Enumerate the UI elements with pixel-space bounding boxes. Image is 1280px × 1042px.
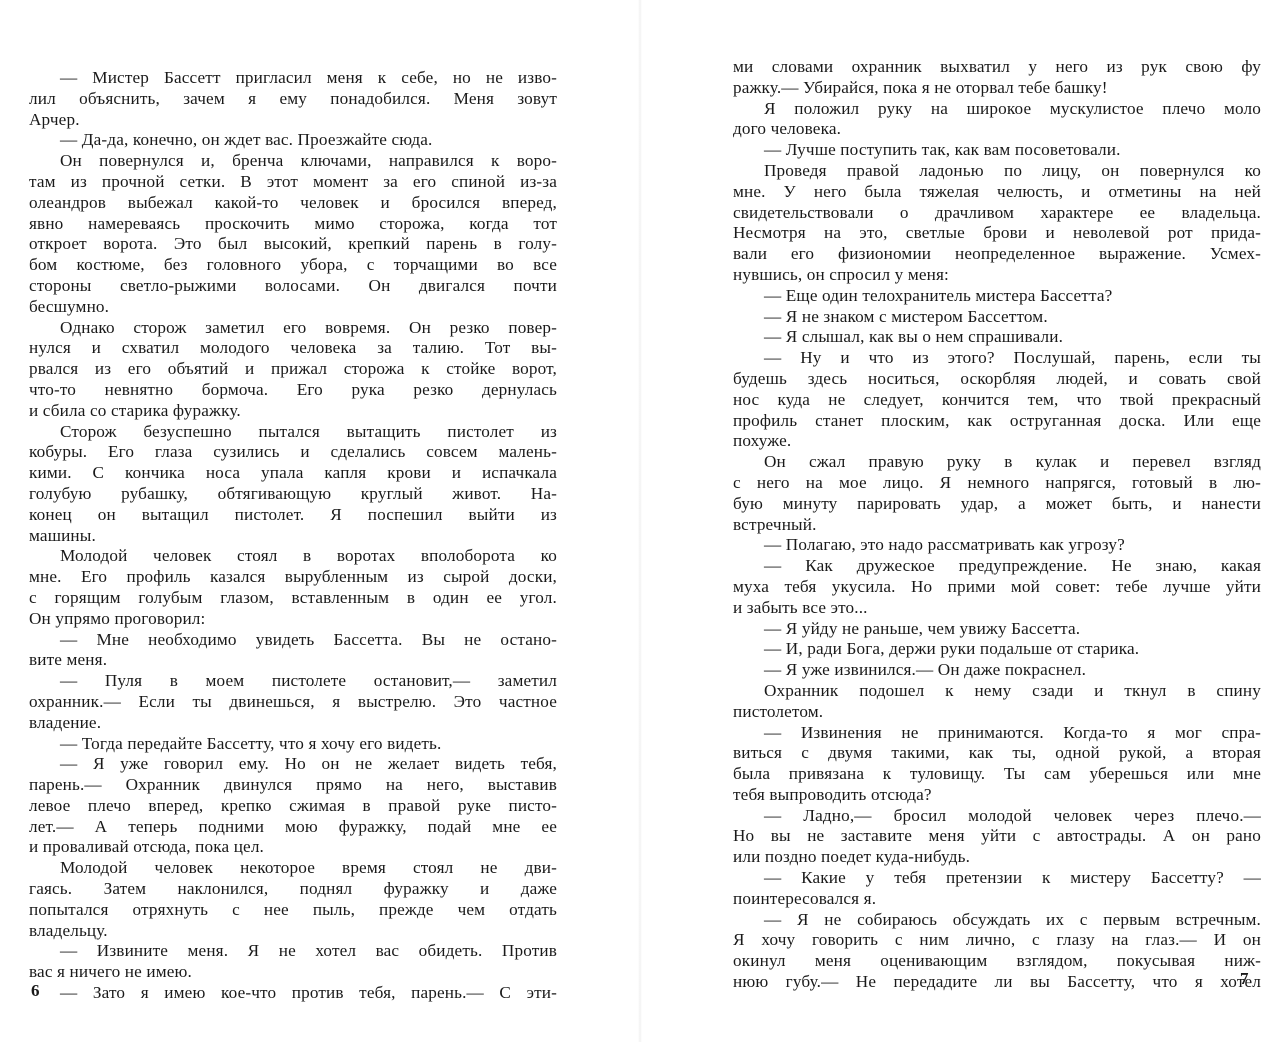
text-line: лет.— А теперь подними мою фуражку, пода…	[29, 817, 557, 838]
text-line: и проваливай отсюда, пока цел.	[29, 837, 557, 858]
left-page-text: — Мистер Бассетт пригласил меня к себе, …	[29, 68, 557, 1004]
text-line: — Зато я имею кое-что против тебя, парен…	[29, 983, 557, 1004]
text-line: — Я не собираюсь обсуждать их с первым в…	[733, 910, 1261, 931]
text-line: кобуры. Его глаза сузились и сделались с…	[29, 442, 557, 463]
text-line: похуже.	[733, 431, 1261, 452]
text-line: лил объяснить, зачем я ему понадобился. …	[29, 89, 557, 110]
text-line: — Извинения не принимаются. Когда-то я м…	[733, 723, 1261, 744]
text-line: олеандров выбежал какой-то человек и бро…	[29, 193, 557, 214]
text-line: парень.— Охранник двинулся прямо на него…	[29, 775, 557, 796]
text-line: владение.	[29, 713, 557, 734]
text-line: нувшись, он спросил у меня:	[733, 265, 1261, 286]
text-line: будешь здесь носиться, оскорбляя людей, …	[733, 369, 1261, 390]
text-line: вали его физиономии неопределенное выраж…	[733, 244, 1261, 265]
text-line: — Ну и что из этого? Послушай, парень, е…	[733, 348, 1261, 369]
text-line: Он сжал правую руку в кулак и перевел вз…	[733, 452, 1261, 473]
text-line: — Мне необходимо увидеть Бассетта. Вы не…	[29, 630, 557, 651]
text-line: стороны светло-рыжими волосами. Он двига…	[29, 276, 557, 297]
text-line: с горящим голубым глазом, вставленным в …	[29, 588, 557, 609]
text-line: — Я уже извинился.— Он даже покраснел.	[733, 660, 1261, 681]
text-line: нюю губу.— Не передадите ли вы Бассетту,…	[733, 972, 1261, 993]
text-line: — Я слышал, как вы о нем спрашивали.	[733, 327, 1261, 348]
text-line: — Пуля в моем пистолете остановит,— заме…	[29, 671, 557, 692]
text-line: рвался из его объятий и прижал сторожа к…	[29, 359, 557, 380]
page-number-right: 7	[1240, 969, 1249, 989]
text-line: Он повернулся и, бренча ключами, направи…	[29, 151, 557, 172]
text-line: Но вы не заставите меня уйти с автострад…	[733, 826, 1261, 847]
text-line: — Какие у тебя претензии к мистеру Бассе…	[733, 868, 1261, 889]
text-line: мне. У него была тяжелая челюсть, и отме…	[733, 182, 1261, 203]
text-line: бом костюме, без головного убора, с торч…	[29, 255, 557, 276]
text-line: — Я не знаком с мистером Бассеттом.	[733, 307, 1261, 328]
text-line: явно намереваясь проскочить мимо сторожа…	[29, 214, 557, 235]
text-line: — Еще один телохранитель мистера Бассетт…	[733, 286, 1261, 307]
text-line: мне. Его профиль казался вырубленным из …	[29, 567, 557, 588]
text-line: владельцу.	[29, 921, 557, 942]
text-line: с него на мое лицо. Я немного напрягся, …	[733, 473, 1261, 494]
text-line: муха тебя укусила. Но прими мой совет: т…	[733, 577, 1261, 598]
text-line: и забыть все это...	[733, 598, 1261, 619]
text-line: вас я ничего не имею.	[29, 962, 557, 983]
text-line: Он упрямо проговорил:	[29, 609, 557, 630]
text-line: ми словами охранник выхватил у него из р…	[733, 57, 1261, 78]
text-line: Арчер.	[29, 110, 557, 131]
text-line: попытался отряхнуть с нее пыль, прежде ч…	[29, 900, 557, 921]
text-line: окинул меня оценивающим взглядом, покусы…	[733, 951, 1261, 972]
text-line: или поздно поедет куда-нибудь.	[733, 847, 1261, 868]
text-line: поинтересовался я.	[733, 889, 1261, 910]
text-line: вите меня.	[29, 650, 557, 671]
text-line: Охранник подошел к нему сзади и ткнул в …	[733, 681, 1261, 702]
text-line: бую минуту парировать удар, а может быть…	[733, 494, 1261, 515]
text-line: — Я уже говорил ему. Но он не желает вид…	[29, 754, 557, 775]
text-line: — И, ради Бога, держи руки подальше от с…	[733, 639, 1261, 660]
text-line: — Я уйду не раньше, чем увижу Бассетта.	[733, 619, 1261, 640]
text-line: — Полагаю, это надо рассматривать как уг…	[733, 535, 1261, 556]
text-line: Проведя правой ладонью по лицу, он повер…	[733, 161, 1261, 182]
text-line: кими. С кончика носа упала капля крови и…	[29, 463, 557, 484]
text-line: Я хочу говорить с ним лично, с глазу на …	[733, 930, 1261, 951]
text-line: Молодой человек стоял в воротах вполобор…	[29, 546, 557, 567]
text-line: — Тогда передайте Бассетту, что я хочу е…	[29, 734, 557, 755]
text-line: Несмотря на это, светлые брови и неволев…	[733, 223, 1261, 244]
text-line: тебя выпроводить отсюда?	[733, 785, 1261, 806]
left-page: — Мистер Бассетт пригласил меня к себе, …	[0, 0, 640, 1042]
text-line: нос куда не следует, кончится тем, что т…	[733, 390, 1261, 411]
text-line: — Да-да, конечно, он ждет вас. Проезжайт…	[29, 130, 557, 151]
text-line: — Лучше поступить так, как вам посоветов…	[733, 140, 1261, 161]
text-line: ражку.— Убирайся, пока я не оторвал тебе…	[733, 78, 1261, 99]
text-line: откроет ворота. Это был высокий, крепкий…	[29, 234, 557, 255]
right-page-text: ми словами охранник выхватил у него из р…	[733, 57, 1261, 993]
text-line: — Извините меня. Я не хотел вас обидеть.…	[29, 941, 557, 962]
text-line: нулся и схватил молодого человека за тал…	[29, 338, 557, 359]
text-line: там из прочной сетки. В этот момент за е…	[29, 172, 557, 193]
text-line: — Мистер Бассетт пригласил меня к себе, …	[29, 68, 557, 89]
text-line: что-то невнятно бормоча. Его рука резко …	[29, 380, 557, 401]
text-line: и сбила со старика фуражку.	[29, 401, 557, 422]
text-line: машины.	[29, 526, 557, 547]
text-line: была привязана к туловищу. Ты сам убереш…	[733, 764, 1261, 785]
text-line: Молодой человек некоторое время стоял не…	[29, 858, 557, 879]
text-line: охранник.— Если ты двинешься, я выстрелю…	[29, 692, 557, 713]
text-line: виться с двумя такими, как ты, одной рук…	[733, 743, 1261, 764]
text-line: левое плечо вперед, крепко сжимая в прав…	[29, 796, 557, 817]
text-line: — Как дружеское предупреждение. Не знаю,…	[733, 556, 1261, 577]
text-line: бесшумно.	[29, 297, 557, 318]
text-line: Сторож безуспешно пытался вытащить писто…	[29, 422, 557, 443]
text-line: Однако сторож заметил его вовремя. Он ре…	[29, 318, 557, 339]
text-line: свидетельствовали о драчливом характере …	[733, 203, 1261, 224]
book-spread: — Мистер Бассетт пригласил меня к себе, …	[0, 0, 1280, 1042]
text-line: встречный.	[733, 515, 1261, 536]
page-number-left: 6	[31, 981, 40, 1001]
text-line: гаясь. Затем наклонился, поднял фуражку …	[29, 879, 557, 900]
text-line: пистолетом.	[733, 702, 1261, 723]
text-line: — Ладно,— бросил молодой человек через п…	[733, 806, 1261, 827]
text-line: Я положил руку на широкое мускулистое пл…	[733, 99, 1261, 120]
text-line: конец он вытащил пистолет. Я поспешил вы…	[29, 505, 557, 526]
text-line: голубую рубашку, обтягивающую круглый жи…	[29, 484, 557, 505]
text-line: дого человека.	[733, 119, 1261, 140]
text-line: профиль станет плоским, как оструганная …	[733, 411, 1261, 432]
right-page: ми словами охранник выхватил у него из р…	[640, 0, 1280, 1042]
